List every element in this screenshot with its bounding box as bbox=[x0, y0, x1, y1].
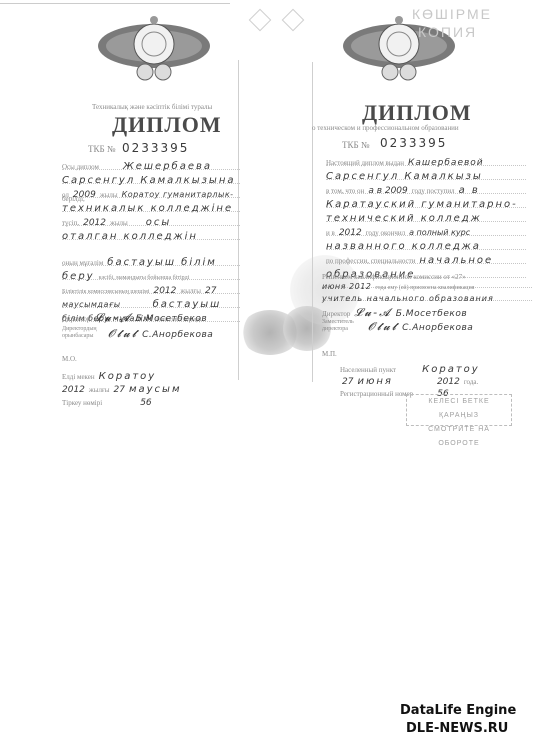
left-number: 0233395 bbox=[122, 141, 189, 155]
copy-stamp-ru: КОПИЯ bbox=[418, 24, 477, 40]
copy-stamp-kz: КӨШІРМЕ bbox=[412, 6, 492, 22]
right-title: ДИПЛОМ bbox=[362, 100, 472, 126]
see-overleaf-stamp: КЕЛЕСІ БЕТКЕ ҚАРАҢЫЗ СМОТРИТЕ НА ОБОРОТЕ bbox=[406, 394, 512, 426]
left-subtitle: Техникалық және кәсіптік білімі туралы bbox=[92, 103, 212, 111]
watermark-line1: DataLife Engine bbox=[400, 703, 516, 718]
left-body: Осы диплом Жешербаева Сарсенгул Камалкыз… bbox=[62, 156, 240, 322]
director-signature: 𝓛𝓾-𝓐 bbox=[94, 311, 131, 324]
decor-diamond-icon bbox=[282, 9, 305, 32]
left-signatures: Директор 𝓛𝓾-𝓐 Б.Мосетбеков Директордың о… bbox=[62, 308, 252, 405]
left-series-label: ТКБ № bbox=[88, 144, 116, 154]
decor-diamond-icon bbox=[249, 9, 272, 32]
right-series-label: ТКБ № bbox=[342, 140, 370, 150]
right-commission: Решением квалификационной комиссии от «2… bbox=[322, 266, 532, 395]
right-number: 0233395 bbox=[380, 136, 447, 150]
deputy-signature: 𝓞𝓽𝓾𝓽 bbox=[108, 327, 138, 340]
watermark-line2: DLE-NEWS.RU bbox=[406, 721, 508, 736]
left-title: ДИПЛОМ bbox=[112, 112, 222, 138]
scan-edge-line bbox=[0, 3, 230, 4]
right-body: Настоящий диплом выдан Кашербаевой Сарсе… bbox=[326, 152, 526, 278]
deputy-signature: 𝓞𝓽𝓾𝓽 bbox=[368, 320, 398, 333]
right-subtitle: о техническом и профессиональном образов… bbox=[312, 124, 459, 132]
page-border bbox=[312, 62, 313, 382]
state-emblem-icon bbox=[95, 14, 213, 86]
